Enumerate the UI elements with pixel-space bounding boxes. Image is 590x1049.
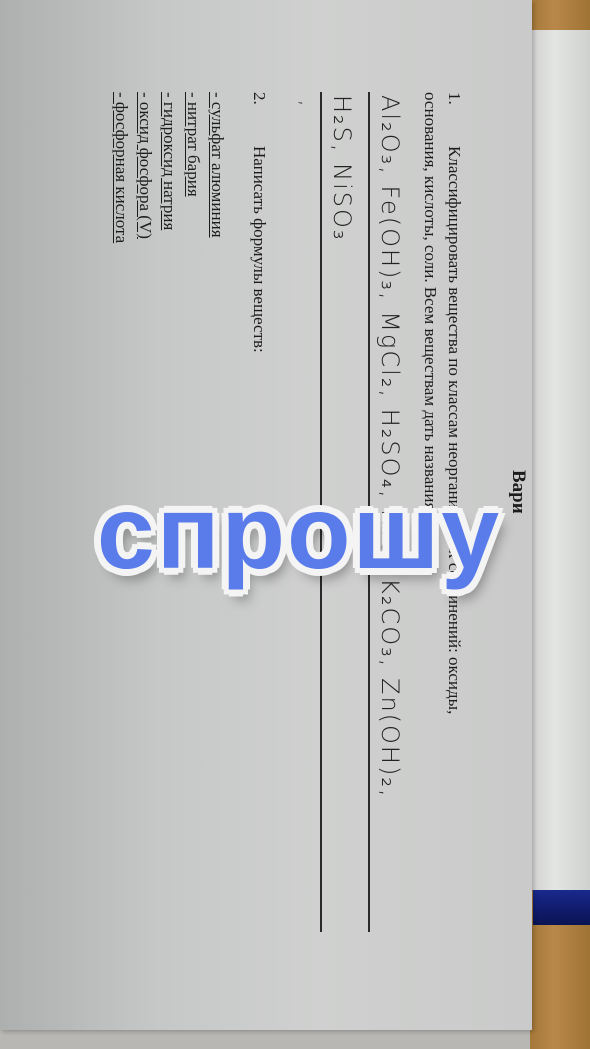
task2-item: - гидроксид натрия bbox=[159, 92, 179, 230]
task2-item: - фосфорная кислота bbox=[111, 92, 131, 243]
handwritten-answer-line2: H₂S, NiSO₃ bbox=[328, 95, 356, 242]
task2-item: - нитрат бария bbox=[183, 92, 203, 197]
handwritten-answer-line3: , bbox=[296, 100, 320, 108]
task1-number: 1. bbox=[444, 92, 464, 105]
task2-number: 2. bbox=[249, 92, 269, 105]
task2-item: - сульфат алюминия bbox=[207, 92, 227, 238]
task2-item: - оксид фосфора (V) bbox=[135, 92, 155, 239]
task1-instruction-line1: Классифицировать вещества по классам нео… bbox=[444, 146, 464, 714]
task1-instruction-line2: основания, кислоты, соли. Всем веществам… bbox=[420, 92, 440, 515]
handwritten-answer-line1: Al₂O₃, Fe(OH)₃, MgCl₂, H₂SO₄, NiO, K₂CO₃… bbox=[376, 95, 404, 799]
sticker-text-overlay: спрошу bbox=[74, 478, 524, 588]
blue-binder-edge bbox=[533, 890, 590, 925]
task2-title: Написать формулы веществ: bbox=[249, 146, 269, 353]
